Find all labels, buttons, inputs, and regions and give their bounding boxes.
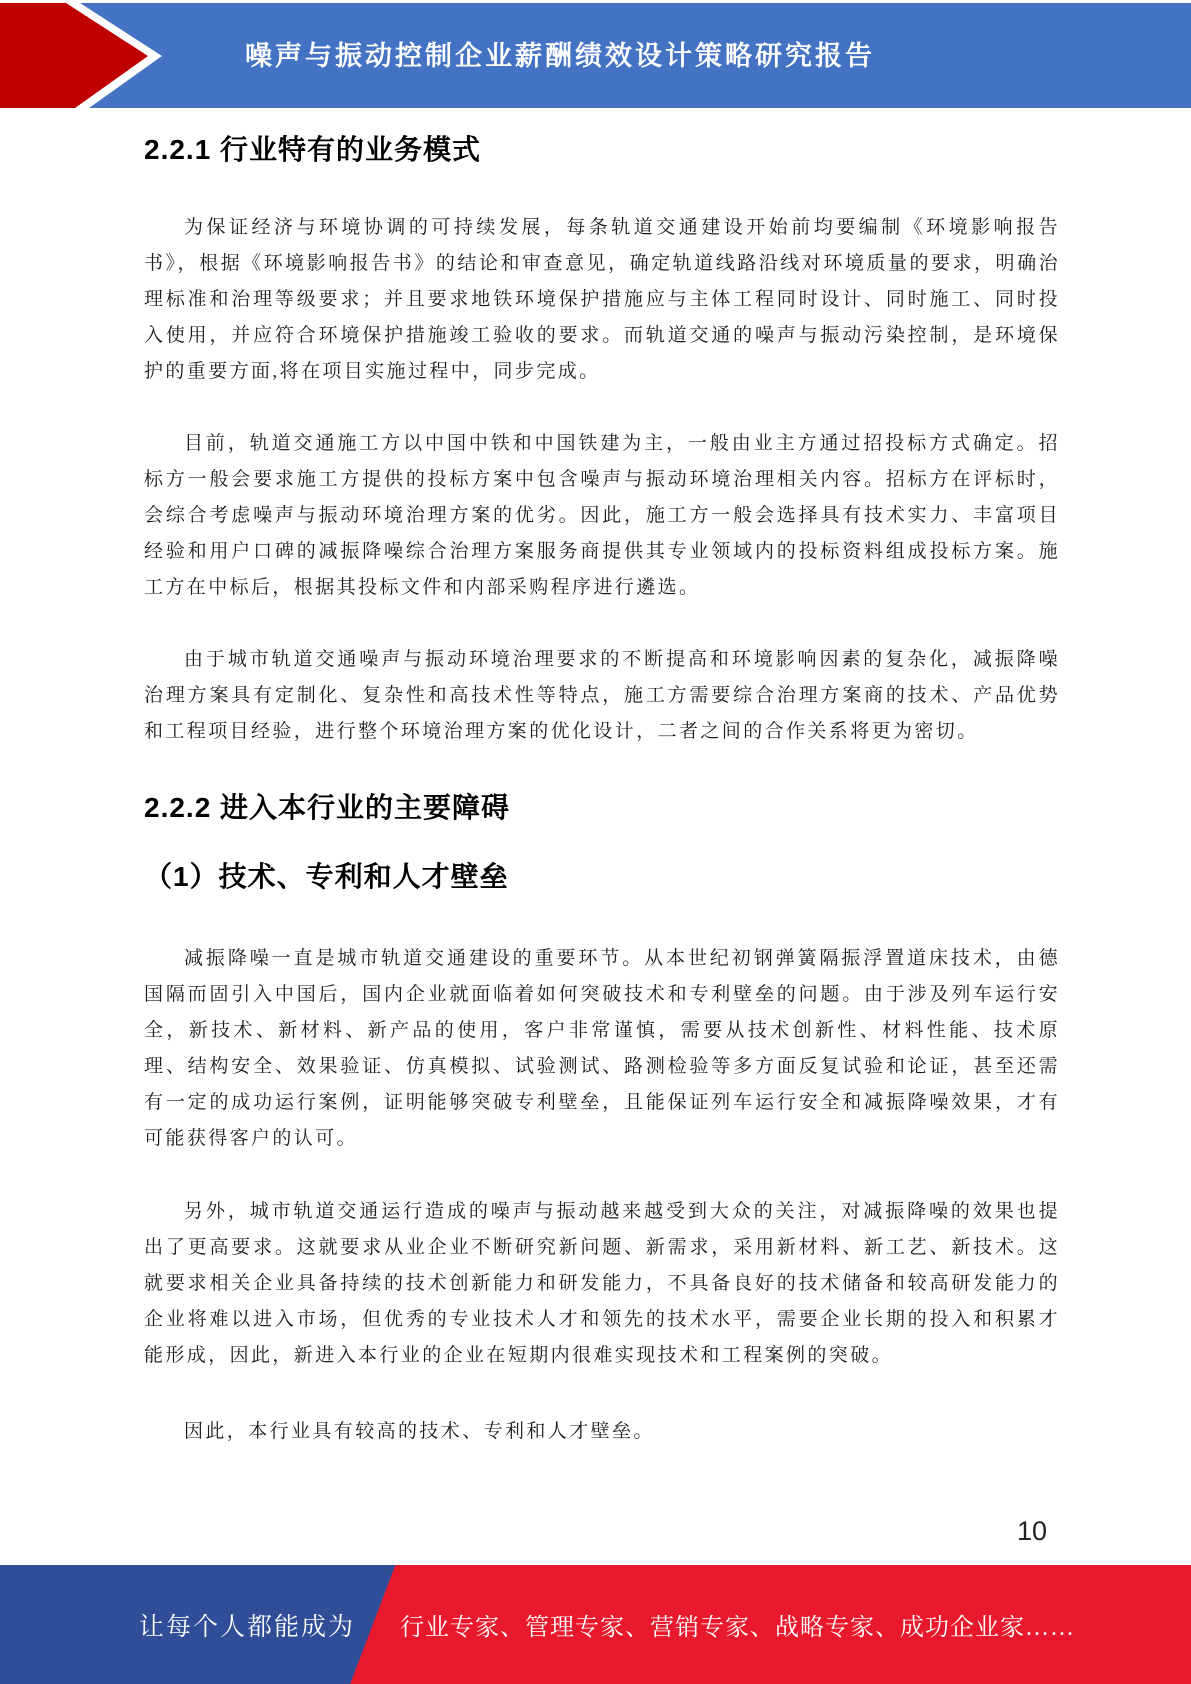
footer-slogan-right: 行业专家、管理专家、营销专家、战略专家、成功企业家…… xyxy=(400,1565,1171,1684)
paragraph-business-model-2: 目前，轨道交通施工方以中国中铁和中国铁建为主，一般由业主方通过招投标方式确定。招… xyxy=(144,426,1060,606)
header-banner: 噪声与振动控制企业薪酬绩效设计策略研究报告 xyxy=(0,3,1191,108)
section-heading-2-2-2: 2.2.2 进入本行业的主要障碍 xyxy=(144,786,1060,826)
report-title: 噪声与振动控制企业薪酬绩效设计策略研究报告 xyxy=(160,34,960,73)
paragraph-business-model-1: 为保证经济与环境协调的可持续发展，每条轨道交通建设开始前均要编制《环境影响报告书… xyxy=(144,210,1060,390)
section-heading-2-2-1: 2.2.1 行业特有的业务模式 xyxy=(144,128,1060,168)
page-number: 10 xyxy=(1017,1516,1047,1547)
footer-banner: 让每个人都能成为 行业专家、管理专家、营销专家、战略专家、成功企业家…… xyxy=(0,1565,1191,1684)
paragraph-barriers-2: 另外，城市轨道交通运行造成的噪声与振动越来越受到大众的关注，对减振降噪的效果也提… xyxy=(144,1194,1060,1374)
footer-slogan-left: 让每个人都能成为 xyxy=(0,1565,355,1684)
paragraph-barriers-3: 因此，本行业具有较高的技术、专利和人才壁垒。 xyxy=(144,1414,1060,1450)
paragraph-barriers-1: 减振降噪一直是城市轨道交通建设的重要环节。从本世纪初钢弹簧隔振浮置道床技术，由德… xyxy=(144,941,1060,1157)
report-page: 噪声与振动控制企业薪酬绩效设计策略研究报告 2.2.1 行业特有的业务模式 为保… xyxy=(0,0,1191,1684)
subsection-heading-barriers: （1）技术、专利和人才壁垒 xyxy=(144,855,1060,895)
paragraph-business-model-3: 由于城市轨道交通噪声与振动环境治理要求的不断提高和环境影响因素的复杂化，减振降噪… xyxy=(144,642,1060,750)
